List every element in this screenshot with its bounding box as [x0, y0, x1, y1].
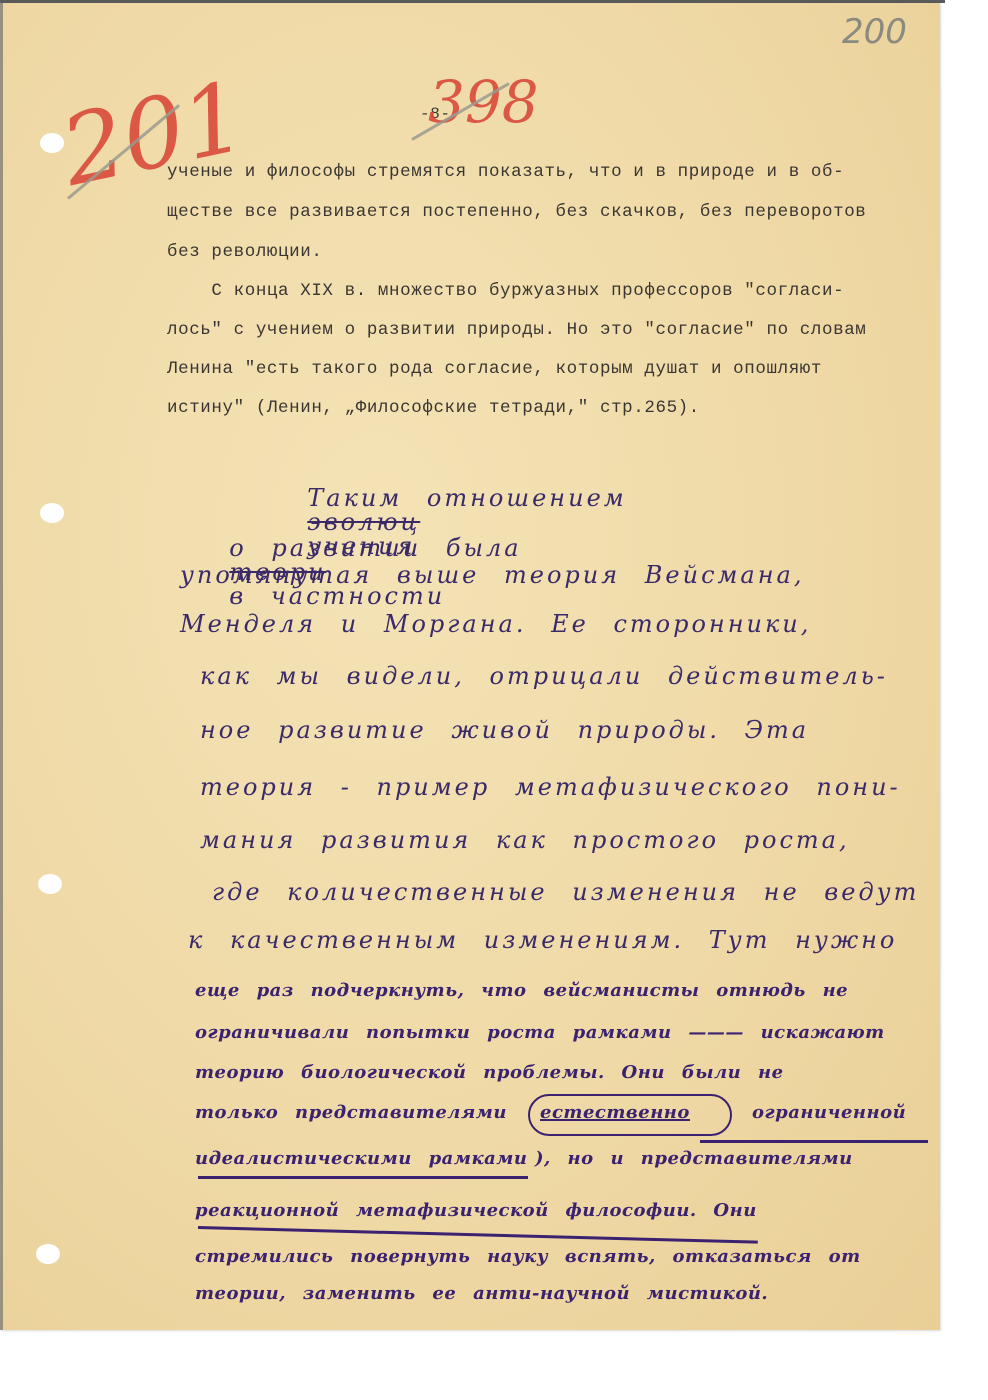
- typed-line: С конца XIX в. множество буржуазных проф…: [167, 281, 844, 301]
- punch-hole: [38, 874, 62, 894]
- typed-line: Ленина "есть такого рода согласие, котор…: [167, 359, 822, 379]
- handwritten-line: упомянутая выше теория Вейсмана,: [180, 563, 804, 587]
- handwritten-small-line: ), но и представителями: [535, 1150, 853, 1168]
- handwritten-small-line: теорию биологической проблемы. Они были …: [195, 1064, 784, 1082]
- handwritten-line: к качественным изменениям. Тут нужно: [188, 928, 897, 952]
- handwritten-small-line: идеалистическими рамками: [195, 1150, 528, 1168]
- typed-line: ществе все развивается постепенно, без с…: [167, 202, 866, 222]
- circle-annotation: [528, 1094, 732, 1136]
- red-page-number: 398: [428, 68, 539, 136]
- typed-line: без революции.: [167, 242, 322, 262]
- archive-pencil-number: 200: [842, 12, 907, 52]
- handwritten-small-line: теории, заменить ее анти-научной мистико…: [195, 1285, 768, 1303]
- handwritten-line: мания развития как простого роста,: [200, 828, 850, 852]
- handwritten-small-line: только представителями: [195, 1104, 507, 1122]
- page-left-edge: [0, 3, 3, 1330]
- handwritten-line: о развитии была теори в частности: [180, 512, 522, 608]
- underline-mark: [700, 1140, 928, 1143]
- handwritten-line: ное развитие живой природы. Эта: [200, 718, 809, 742]
- handwritten-small-line: реакционной метафизической философии. Он…: [195, 1202, 757, 1220]
- handwritten-line: как мы видели, отрицали действитель-: [200, 664, 888, 688]
- typed-line: ученые и философы стремятся показать, чт…: [167, 162, 844, 182]
- punch-hole: [36, 1244, 60, 1264]
- typed-line: лось" с учением о развитии природы. Но э…: [167, 320, 866, 340]
- handwritten-line: Менделя и Моргана. Ее сторонники,: [180, 612, 811, 636]
- handwritten-small-line: еще раз подчеркнуть, что вейсманисты отн…: [195, 982, 848, 1000]
- handwritten-line: где количественные изменения не ведут: [212, 880, 919, 904]
- handwritten-small-line: стремились повернуть науку вспять, отказ…: [195, 1248, 861, 1266]
- underline-mark: [198, 1176, 528, 1179]
- handwritten-small-line: ограничивали попытки роста рамками ——— и…: [195, 1024, 885, 1042]
- typed-line: истину" (Ленин, „Философские тетради," с…: [167, 398, 700, 418]
- handwritten-small-line: ограниченной: [752, 1104, 906, 1122]
- punch-hole: [40, 503, 64, 523]
- handwritten-line: теория - пример метафизического пони-: [200, 775, 901, 799]
